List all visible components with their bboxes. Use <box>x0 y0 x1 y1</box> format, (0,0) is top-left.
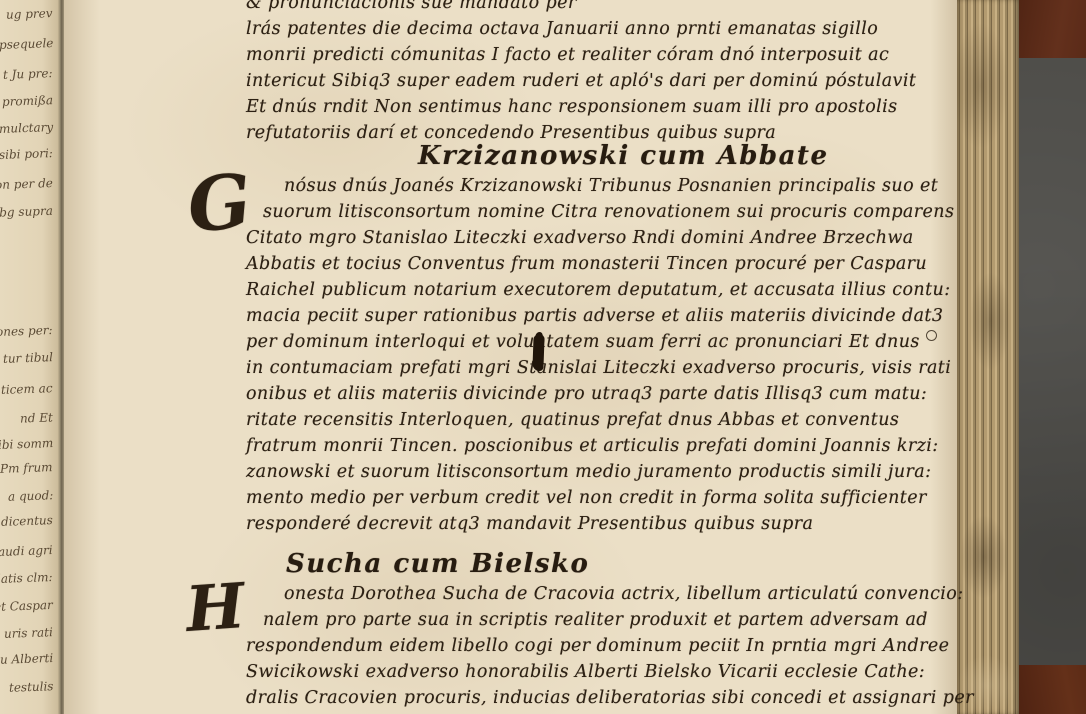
marginal-text-fragment: ones per: <box>0 324 53 339</box>
manuscript-line: onesta Dorothea Sucha de Cracovia actrix… <box>284 581 974 607</box>
marginal-text-fragment: nd Et <box>20 411 53 425</box>
manuscript-line: nósus dnús Joanés Krzizanowski Tribunus … <box>284 173 954 199</box>
manuscript-line: Et dnús rndit Non sentimus hanc responsi… <box>246 94 916 120</box>
table-surface-top <box>1019 0 1086 58</box>
manuscript-line: Abbatis et tocius Conventus frum monaste… <box>246 251 954 277</box>
ink-blot <box>532 334 544 371</box>
manuscript-line: Citato mgro Stanislao Liteczki exadverso… <box>246 225 954 251</box>
section-heading: Sucha cum Bielsko <box>286 547 974 581</box>
marginal-text-fragment: ticem ac <box>1 382 53 397</box>
manuscript-line: responderé decrevit atq3 mandavit Presen… <box>246 511 954 537</box>
marginal-text-fragment: ibi somm <box>0 437 53 452</box>
manuscript-line: suorum litisconsortum nomine Citra renov… <box>263 199 954 225</box>
manuscript-line: nalem pro parte sua in scriptis realiter… <box>263 607 974 633</box>
manuscript-line: onibus et aliis materiis divicinde pro u… <box>246 381 954 407</box>
manuscript-line: per dominum interloqui et voluntatem sua… <box>246 329 954 355</box>
manuscript-page: & pronunciacionis sue mandato perlrás pa… <box>64 0 957 714</box>
marginal-text-fragment: testulis <box>8 680 53 695</box>
manuscript-line: monrii predicti cómunitas I facto et rea… <box>246 42 916 68</box>
manuscript-line: Swicikowski exadverso honorabilis Albert… <box>246 659 974 685</box>
facing-page-sliver: ug prevpsequelet Ju pre:promißamulctarys… <box>0 0 60 714</box>
marginal-text-fragment: audi agri <box>0 544 53 559</box>
intro-paragraph: & pronunciacionis sue mandato perlrás pa… <box>246 0 916 146</box>
section-krzizanowski: Krzizanowski cum Abbate G nósus dnús Joa… <box>246 139 954 537</box>
marginal-text-fragment: psequele <box>0 37 53 52</box>
marginal-text-fragment: promißa <box>2 94 53 109</box>
manuscript-line: lrás patentes die decima octava Januarii… <box>246 16 916 42</box>
manuscript-line: respondendum eidem libello cogi per domi… <box>246 633 974 659</box>
decorated-initial: G <box>184 158 256 250</box>
marginal-text-fragment: uris rati <box>4 626 53 641</box>
manuscript-line: zanowski et suorum litisconsortum medio … <box>246 459 954 485</box>
marginal-text-fragment: Lu Alberti <box>0 652 53 667</box>
marginal-text-fragment: et Caspar <box>0 599 53 614</box>
manuscript-line: Raichel publicum notarium executorem dep… <box>246 277 954 303</box>
section-sucha: Sucha cum Bielsko H onesta Dorothea Such… <box>246 547 974 711</box>
manuscript-photo: ug prevpsequelet Ju pre:promißamulctarys… <box>0 0 1086 714</box>
section-body: nósus dnús Joanés Krzizanowski Tribunus … <box>246 173 954 537</box>
dark-backdrop <box>1019 0 1086 714</box>
marginal-text-fragment: latis clm: <box>0 571 53 586</box>
section-heading: Krzizanowski cum Abbate <box>418 139 954 173</box>
section-body: onesta Dorothea Sucha de Cracovia actrix… <box>246 581 974 711</box>
table-surface-bottom <box>1019 665 1086 714</box>
margin-ring-mark <box>926 330 937 341</box>
marginal-text-fragment: tur tibul <box>3 351 53 366</box>
manuscript-line: macia peciit super rationibus partis adv… <box>246 303 954 329</box>
marginal-text-fragment: mulctary <box>0 121 53 136</box>
manuscript-line: & pronunciacionis sue mandato per <box>246 0 916 16</box>
manuscript-line: in contumaciam prefati mgri Stanislai Li… <box>246 355 954 381</box>
manuscript-line: intericut Sibiq3 super eadem ruderi et a… <box>246 68 916 94</box>
manuscript-line: mento medio per verbum credit vel non cr… <box>246 485 954 511</box>
manuscript-line: ritate recensitis Interloquen, quatinus … <box>246 407 954 433</box>
marginal-text-fragment: sibi pori: <box>0 147 53 162</box>
marginal-text-fragment: on per de <box>0 177 53 192</box>
marginal-text-fragment: ug prev <box>6 7 53 22</box>
marginal-text-fragment: quibg supra <box>0 205 53 221</box>
manuscript-line: fratrum monrii Tincen. poscionibus et ar… <box>246 433 954 459</box>
decorated-initial: H <box>184 569 248 646</box>
marginal-text-fragment: dicentus <box>1 514 53 529</box>
manuscript-line: dralis Cracovien procuris, inducias deli… <box>246 685 974 711</box>
marginal-text-fragment: Pm frum <box>0 461 53 476</box>
marginal-text-fragment: a quod: <box>7 489 53 504</box>
marginal-text-fragment: t Ju pre: <box>3 67 53 82</box>
